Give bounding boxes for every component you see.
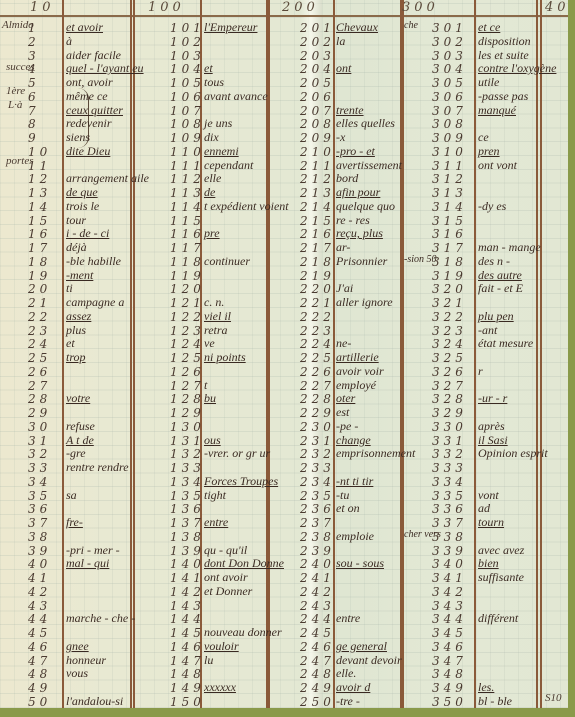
rule-left-margin bbox=[62, 0, 64, 708]
entry-word: pren bbox=[478, 144, 500, 159]
entry-word: ceux quitter bbox=[66, 103, 123, 118]
rule-right-margin-b bbox=[540, 0, 542, 708]
entry-word: campagne a bbox=[66, 295, 124, 310]
entry-word: bord bbox=[336, 171, 358, 186]
entry-word: -pri - mer - bbox=[66, 543, 120, 558]
entry-number: 230 bbox=[300, 420, 335, 434]
entry-number: 146 bbox=[170, 640, 205, 654]
entry-number: 142 bbox=[170, 585, 205, 599]
entry-word: ad bbox=[478, 501, 490, 516]
entry-number: 32 bbox=[28, 447, 51, 461]
entry-number: 339 bbox=[432, 544, 467, 558]
entry-word: trois le bbox=[66, 199, 99, 214]
entry-number: 349 bbox=[432, 681, 467, 695]
entry-number: 226 bbox=[300, 365, 335, 379]
entry-word: retra bbox=[204, 323, 228, 338]
entry-number: 50 bbox=[28, 695, 51, 708]
entry-word: artillerie bbox=[336, 350, 379, 365]
entry-number: 318 bbox=[432, 255, 467, 269]
entry-number: 210 bbox=[300, 145, 335, 159]
entry-number: 139 bbox=[170, 544, 205, 558]
entry-word: les. bbox=[478, 680, 494, 695]
entry-word: sa bbox=[66, 488, 77, 503]
entry-number: 206 bbox=[300, 90, 335, 104]
entry-number: 331 bbox=[432, 434, 467, 448]
entry-number: 135 bbox=[170, 489, 205, 503]
entry-number: 319 bbox=[432, 269, 467, 283]
entry-word: elles quelles bbox=[336, 116, 395, 131]
entry-number: 101 bbox=[170, 21, 205, 35]
entry-word: mal - qui bbox=[66, 556, 109, 571]
entry-number: 317 bbox=[432, 241, 467, 255]
entry-word: bien bbox=[478, 556, 499, 571]
entry-number: 109 bbox=[170, 131, 205, 145]
entry-word: ni points bbox=[204, 350, 246, 365]
entry-number: 41 bbox=[28, 571, 51, 585]
entry-number: 19 bbox=[28, 269, 51, 283]
entry-number: 324 bbox=[432, 337, 467, 351]
entry-number: 126 bbox=[170, 365, 205, 379]
entry-word: et Donner bbox=[204, 584, 252, 599]
entry-number: 236 bbox=[300, 502, 335, 516]
entry-number: 228 bbox=[300, 392, 335, 406]
entry-word: -dy es bbox=[478, 199, 506, 214]
entry-number: 47 bbox=[28, 654, 51, 668]
entry-number: 346 bbox=[432, 640, 467, 654]
entry-word: cependant bbox=[204, 158, 253, 173]
entry-number: 129 bbox=[170, 406, 205, 420]
entry-word: -tu bbox=[336, 488, 349, 503]
header-rule bbox=[0, 15, 568, 17]
entry-number: 321 bbox=[432, 296, 467, 310]
entry-number: 1 bbox=[28, 21, 40, 35]
entry-number: 221 bbox=[300, 296, 335, 310]
entry-word: l'andalou-si bbox=[66, 694, 123, 708]
entry-number: 326 bbox=[432, 365, 467, 379]
entry-word: trente bbox=[336, 103, 364, 118]
entry-number: 308 bbox=[432, 117, 467, 131]
entry-number: 48 bbox=[28, 667, 51, 681]
entry-word: man - mange bbox=[478, 240, 541, 255]
entry-number: 222 bbox=[300, 310, 335, 324]
entry-word: reçu, plus bbox=[336, 226, 383, 241]
entry-number: 215 bbox=[300, 214, 335, 228]
entry-word: -ant bbox=[478, 323, 497, 338]
entry-number: 303 bbox=[432, 49, 467, 63]
entry-word: Forces Troupes bbox=[204, 474, 278, 489]
entry-number: 29 bbox=[28, 406, 51, 420]
entry-word: après bbox=[478, 419, 505, 434]
entry-number: 144 bbox=[170, 612, 205, 626]
entry-word: -pro - et bbox=[336, 144, 375, 159]
entry-number: 134 bbox=[170, 475, 205, 489]
entry-number: 231 bbox=[300, 434, 335, 448]
entry-word: re - res bbox=[336, 213, 370, 228]
entry-number: 332 bbox=[432, 447, 467, 461]
entry-number: 204 bbox=[300, 62, 335, 76]
entry-number: 5 bbox=[28, 76, 40, 90]
entry-number: 320 bbox=[432, 282, 467, 296]
entry-number: 40 bbox=[28, 557, 51, 571]
entry-number: 148 bbox=[170, 667, 205, 681]
entry-word: -ble habille bbox=[66, 254, 121, 269]
entry-number: 322 bbox=[432, 310, 467, 324]
entry-number: 348 bbox=[432, 667, 467, 681]
entry-word: et on bbox=[336, 501, 360, 516]
entry-word: bl - ble bbox=[478, 694, 512, 708]
entry-word: et bbox=[204, 61, 213, 76]
header-tick-200: 200 bbox=[282, 0, 319, 15]
entry-number: 113 bbox=[170, 186, 205, 200]
entry-number: 241 bbox=[300, 571, 335, 585]
entry-number: 115 bbox=[170, 214, 205, 228]
entry-number: 103 bbox=[170, 49, 205, 63]
entry-word: ce bbox=[478, 130, 489, 145]
entry-word: trop bbox=[66, 350, 86, 365]
entry-word: ont bbox=[336, 61, 351, 76]
entry-number: 9 bbox=[28, 131, 40, 145]
entry-number: 122 bbox=[170, 310, 205, 324]
entry-word: quel - l'ayant eu bbox=[66, 61, 144, 76]
entry-word: ont, avoir bbox=[66, 75, 113, 90]
entry-number: 235 bbox=[300, 489, 335, 503]
entry-word: viel il bbox=[204, 309, 231, 324]
entry-word: et ce bbox=[478, 20, 500, 35]
entry-word: r bbox=[478, 364, 483, 379]
entry-word: des autre bbox=[478, 268, 522, 283]
entry-number: 219 bbox=[300, 269, 335, 283]
entry-word: avoir voir bbox=[336, 364, 384, 379]
entry-word: arrangement aile bbox=[66, 171, 149, 186]
entry-number: 223 bbox=[300, 324, 335, 338]
margin-note: 1ère bbox=[6, 85, 25, 97]
entry-word: employé bbox=[336, 378, 376, 393]
entry-word: ge general bbox=[336, 639, 387, 654]
entry-number: 302 bbox=[432, 35, 467, 49]
entry-number: 229 bbox=[300, 406, 335, 420]
entry-number: 132 bbox=[170, 447, 205, 461]
entry-number: 329 bbox=[432, 406, 467, 420]
entry-number: 314 bbox=[432, 200, 467, 214]
entry-word: contre l'oxygène bbox=[478, 61, 556, 76]
entry-word: -passe pas bbox=[478, 89, 528, 104]
entry-number: 203 bbox=[300, 49, 335, 63]
entry-word: dont Don Donne bbox=[204, 556, 284, 571]
entry-word: disposition bbox=[478, 34, 531, 49]
entry-number: 145 bbox=[170, 626, 205, 640]
entry-word: tour bbox=[66, 213, 86, 228]
entry-number: 43 bbox=[28, 599, 51, 613]
entry-number: 218 bbox=[300, 255, 335, 269]
entry-number: 214 bbox=[300, 200, 335, 214]
entry-number: 341 bbox=[432, 571, 467, 585]
entry-number: 238 bbox=[300, 530, 335, 544]
entry-number: 131 bbox=[170, 434, 205, 448]
entry-number: 23 bbox=[28, 324, 51, 338]
entry-word: et avoir bbox=[66, 20, 103, 35]
entry-word: ont avoir bbox=[204, 570, 248, 585]
entry-word: de bbox=[204, 185, 215, 200]
entry-word: plus bbox=[66, 323, 86, 338]
entry-number: 38 bbox=[28, 530, 51, 544]
entry-number: 104 bbox=[170, 62, 205, 76]
entry-word: tight bbox=[204, 488, 226, 503]
entry-word: ont vont bbox=[478, 158, 517, 173]
entry-word: avertissement bbox=[336, 158, 402, 173]
entry-number: 244 bbox=[300, 612, 335, 626]
entry-number: 246 bbox=[300, 640, 335, 654]
entry-number: 4 bbox=[28, 62, 40, 76]
entry-word: de que bbox=[66, 185, 98, 200]
entry-number: 42 bbox=[28, 585, 51, 599]
rule-col3-words-b bbox=[402, 0, 404, 708]
entry-number: 14 bbox=[28, 200, 51, 214]
entry-word: état mesure bbox=[478, 336, 533, 351]
entry-number: 225 bbox=[300, 351, 335, 365]
rule-col4-num bbox=[474, 0, 476, 708]
entry-number: 15 bbox=[28, 214, 51, 228]
entry-word: l'Empereur bbox=[204, 20, 257, 35]
entry-number: 217 bbox=[300, 241, 335, 255]
entry-number: 127 bbox=[170, 379, 205, 393]
entry-number: 337 bbox=[432, 516, 467, 530]
entry-number: 46 bbox=[28, 640, 51, 654]
entry-number: 224 bbox=[300, 337, 335, 351]
entry-word: continuer bbox=[204, 254, 250, 269]
entry-word: déjà bbox=[66, 240, 87, 255]
entry-number: 245 bbox=[300, 626, 335, 640]
entry-word: des n - bbox=[478, 254, 510, 269]
bottom-right-note: S10 bbox=[545, 692, 562, 704]
entry-number: 105 bbox=[170, 76, 205, 90]
entry-number: 220 bbox=[300, 282, 335, 296]
entry-number: 233 bbox=[300, 461, 335, 475]
entry-number: 119 bbox=[170, 269, 205, 283]
entry-number: 102 bbox=[170, 35, 205, 49]
entry-word: entre bbox=[336, 611, 360, 626]
entry-word: -vrer. or gr ur bbox=[204, 446, 270, 461]
entry-word: elle bbox=[204, 171, 221, 186]
entry-number: 333 bbox=[432, 461, 467, 475]
entry-number: 209 bbox=[300, 131, 335, 145]
header-tick-10: 10 bbox=[30, 0, 55, 15]
entry-word: dix bbox=[204, 130, 219, 145]
entry-word: avoir d bbox=[336, 680, 370, 695]
entry-number: 21 bbox=[28, 296, 51, 310]
entry-number: 316 bbox=[432, 227, 467, 241]
entry-word: suffisante bbox=[478, 570, 524, 585]
entry-number: 243 bbox=[300, 599, 335, 613]
entry-number: 128 bbox=[170, 392, 205, 406]
entry-number: 338 bbox=[432, 530, 467, 544]
entry-number: 205 bbox=[300, 76, 335, 90]
entry-number: 325 bbox=[432, 351, 467, 365]
entry-number: 312 bbox=[432, 172, 467, 186]
entry-word: même ce bbox=[66, 89, 108, 104]
entry-word: avant avance bbox=[204, 89, 268, 104]
entry-word: ennemi bbox=[204, 144, 239, 159]
entry-word: -ur - r bbox=[478, 391, 507, 406]
entry-word: t bbox=[204, 378, 207, 393]
entry-number: 18 bbox=[28, 255, 51, 269]
entry-word: les et suite bbox=[478, 48, 529, 63]
entry-number: 11 bbox=[28, 159, 51, 173]
entry-number: 37 bbox=[28, 516, 51, 530]
entry-number: 12 bbox=[28, 172, 51, 186]
entry-number: 107 bbox=[170, 104, 205, 118]
entry-number: 108 bbox=[170, 117, 205, 131]
entry-word: devant devoir bbox=[336, 653, 402, 668]
entry-number: 202 bbox=[300, 35, 335, 49]
entry-word: et bbox=[66, 336, 75, 351]
entry-number: 106 bbox=[170, 90, 205, 104]
entry-number: 3 bbox=[28, 49, 40, 63]
entry-number: 2 bbox=[28, 35, 40, 49]
header-tick-100: 100 bbox=[148, 0, 185, 15]
entry-number: 327 bbox=[432, 379, 467, 393]
entry-word: -pe - bbox=[336, 419, 358, 434]
entry-number: 27 bbox=[28, 379, 51, 393]
entry-word: avec avez bbox=[478, 543, 524, 558]
entry-word: utile bbox=[478, 75, 499, 90]
entry-word: i - de - ci bbox=[66, 226, 109, 241]
entry-word: ti bbox=[66, 281, 73, 296]
entry-number: 247 bbox=[300, 654, 335, 668]
entry-number: 216 bbox=[300, 227, 335, 241]
entry-number: 313 bbox=[432, 186, 467, 200]
entry-number: 239 bbox=[300, 544, 335, 558]
entry-number: 311 bbox=[432, 159, 467, 173]
entry-word: est bbox=[336, 405, 349, 420]
entry-number: 45 bbox=[28, 626, 51, 640]
entry-word: emprisonnement bbox=[336, 446, 415, 461]
entry-word: nouveau donner bbox=[204, 625, 282, 640]
entry-number: 347 bbox=[432, 654, 467, 668]
entry-number: 124 bbox=[170, 337, 205, 351]
entry-number: 343 bbox=[432, 599, 467, 613]
entry-number: 117 bbox=[170, 241, 205, 255]
entry-word: redevenir bbox=[66, 116, 112, 131]
entry-number: 116 bbox=[170, 227, 205, 241]
entry-word: xxxxxx bbox=[204, 680, 236, 695]
entry-word: vouloir bbox=[204, 639, 239, 654]
entry-number: 138 bbox=[170, 530, 205, 544]
entry-number: 208 bbox=[300, 117, 335, 131]
entry-number: 315 bbox=[432, 214, 467, 228]
entry-word: honneur bbox=[66, 653, 106, 668]
margin-note: L·à bbox=[8, 99, 22, 111]
entry-number: 17 bbox=[28, 241, 51, 255]
entry-number: 123 bbox=[170, 324, 205, 338]
entry-number: 36 bbox=[28, 502, 51, 516]
entry-number: 136 bbox=[170, 502, 205, 516]
entry-number: 147 bbox=[170, 654, 205, 668]
entry-number: 30 bbox=[28, 420, 51, 434]
entry-side-note: che bbox=[404, 20, 418, 31]
entry-word: siens bbox=[66, 130, 90, 145]
entry-word: ve bbox=[204, 336, 215, 351]
entry-number: 310 bbox=[432, 145, 467, 159]
entry-word: -ment bbox=[66, 268, 93, 283]
header-tick-40: 40 bbox=[545, 0, 568, 15]
entry-number: 335 bbox=[432, 489, 467, 503]
entry-word: J'ai bbox=[336, 281, 353, 296]
entry-number: 323 bbox=[432, 324, 467, 338]
entry-number: 240 bbox=[300, 557, 335, 571]
entry-number: 350 bbox=[432, 695, 467, 708]
entry-word: différent bbox=[478, 611, 518, 626]
entry-number: 125 bbox=[170, 351, 205, 365]
entry-word: rentre rendre bbox=[66, 460, 129, 475]
entry-number: 39 bbox=[28, 544, 51, 558]
entry-word: aider facile bbox=[66, 48, 121, 63]
entry-word: ar- bbox=[336, 240, 350, 255]
entry-number: 336 bbox=[432, 502, 467, 516]
entry-number: 49 bbox=[28, 681, 51, 695]
entry-word: sou - sous bbox=[336, 556, 384, 571]
entry-word: bu bbox=[204, 391, 216, 406]
entry-word: t expédient voient bbox=[204, 199, 289, 214]
entry-number: 344 bbox=[432, 612, 467, 626]
entry-number: 234 bbox=[300, 475, 335, 489]
entry-number: 345 bbox=[432, 626, 467, 640]
entry-number: 149 bbox=[170, 681, 205, 695]
entry-number: 28 bbox=[28, 392, 51, 406]
entry-word: vont bbox=[478, 488, 499, 503]
entry-number: 232 bbox=[300, 447, 335, 461]
entry-word: marche - che - bbox=[66, 611, 135, 626]
entry-word: -x bbox=[336, 130, 345, 145]
entry-word: quelque quo bbox=[336, 199, 395, 214]
entry-word: manqué bbox=[478, 103, 516, 118]
entry-number: 26 bbox=[28, 365, 51, 379]
entry-number: 301 bbox=[432, 21, 467, 35]
rule-right-margin bbox=[536, 0, 538, 708]
entry-word: -gre bbox=[66, 446, 86, 461]
entry-word: tourn bbox=[478, 515, 504, 530]
entry-number: 248 bbox=[300, 667, 335, 681]
entry-word: tous bbox=[204, 75, 224, 90]
entry-number: 141 bbox=[170, 571, 205, 585]
entry-number: 137 bbox=[170, 516, 205, 530]
entry-word: -nt ti tir bbox=[336, 474, 373, 489]
entry-word: refuse bbox=[66, 419, 95, 434]
rule-col1-words-b bbox=[133, 0, 135, 708]
entry-word: c. n. bbox=[204, 295, 224, 310]
entry-number: 7 bbox=[28, 104, 40, 118]
entry-number: 8 bbox=[28, 117, 40, 131]
entry-word: pre bbox=[204, 226, 220, 241]
entry-word: vous bbox=[66, 666, 88, 681]
entry-word: fait - et E bbox=[478, 281, 523, 296]
entry-word: aller ignore bbox=[336, 295, 393, 310]
entry-word: fre- bbox=[66, 515, 83, 530]
entry-number: 110 bbox=[170, 145, 205, 159]
entry-word: ne- bbox=[336, 336, 351, 351]
entry-number: 227 bbox=[300, 379, 335, 393]
entry-number: 118 bbox=[170, 255, 205, 269]
entry-number: 143 bbox=[170, 599, 205, 613]
entry-number: 334 bbox=[432, 475, 467, 489]
ledger-page: 10 100 200 300 40 Almido succes 1ère L·à… bbox=[0, 0, 568, 708]
entry-number: 242 bbox=[300, 585, 335, 599]
entry-number: 340 bbox=[432, 557, 467, 571]
entry-number: 309 bbox=[432, 131, 467, 145]
entry-number: 249 bbox=[300, 681, 335, 695]
entry-number: 201 bbox=[300, 21, 335, 35]
entry-word: la bbox=[336, 34, 345, 49]
entry-number: 31 bbox=[28, 434, 51, 448]
